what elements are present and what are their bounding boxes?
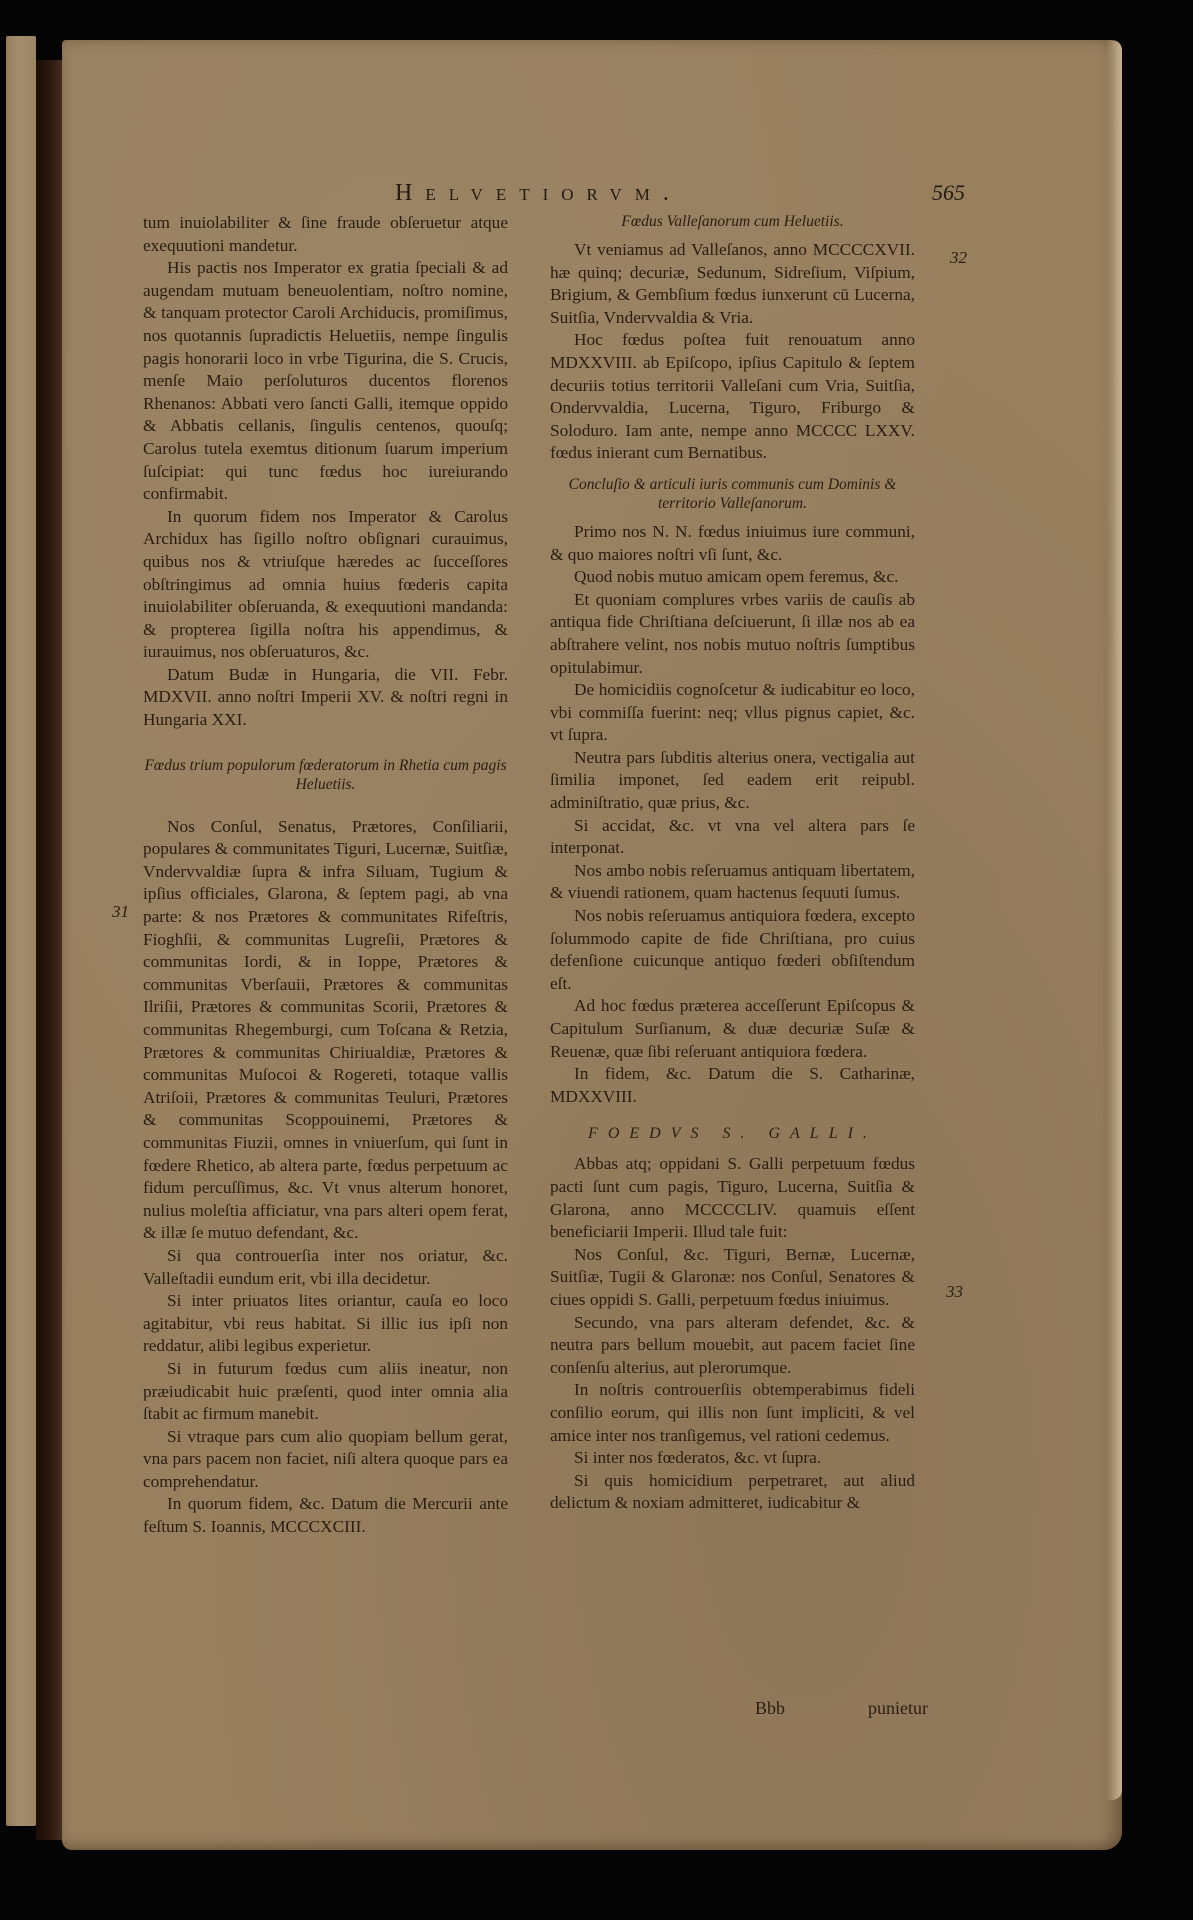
paragraph: Secundo, vna pars alteram defendet, &c. …	[550, 1312, 915, 1380]
paragraph: Quod nobis mutuo amicam opem feremus, &c…	[550, 566, 915, 589]
paragraph: Et quoniam complures vrbes variis de cau…	[550, 589, 915, 679]
catchword: punietur	[868, 1698, 928, 1719]
paragraph: His pactis nos Imperator ex gratia ſpeci…	[143, 257, 508, 506]
right-column: Fœdus Valleſanorum cum Heluetiis. Vt ven…	[550, 212, 915, 1515]
signature-mark: Bbb	[755, 1698, 785, 1719]
left-column: tum inuiolabiliter & ſine fraude obſerue…	[143, 212, 508, 1539]
paragraph: Hoc fœdus poſtea fuit renouatum anno MDX…	[550, 329, 915, 465]
paragraph: Primo nos N. N. fœdus iniuimus iure comm…	[550, 521, 915, 566]
paragraph: Nos Conſul, &c. Tiguri, Bernæ, Lucernæ, …	[550, 1244, 915, 1312]
paragraph: Nos nobis reſeruamus antiquiora fœdera, …	[550, 905, 915, 995]
paragraph: De homicidiis cognoſcetur & iudicabitur …	[550, 679, 915, 747]
running-head: Helvetiorvm.	[395, 180, 682, 207]
paragraph: Neutra pars ſubditis alterius onera, vec…	[550, 747, 915, 815]
paragraph: In quorum fidem nos Imperator & Carolus …	[143, 506, 508, 664]
paragraph: Si vtraque pars cum alio quopiam bellum …	[143, 1426, 508, 1494]
section-heading: Concluſio & articuli iuris communis cum …	[550, 475, 915, 513]
paragraph: Ad hoc fœdus præterea acceſſerunt Epiſco…	[550, 995, 915, 1063]
paragraph: In noſtris controuerſiis obtemperabimus …	[550, 1379, 915, 1447]
adjacent-page-edge	[6, 36, 36, 1826]
paragraph: Si inter priuatos lites oriantur, cauſa …	[143, 1290, 508, 1358]
margin-note-33: 33	[946, 1282, 963, 1302]
paragraph: Nos ambo nobis reſeruamus antiquam liber…	[550, 860, 915, 905]
paragraph: Si accidat, &c. vt vna vel altera pars ſ…	[550, 815, 915, 860]
paragraph: Abbas atq; oppidani S. Galli perpetuum f…	[550, 1153, 915, 1243]
paragraph: In fidem, &c. Datum die S. Catharinæ, MD…	[550, 1063, 915, 1108]
paragraph: Vt veniamus ad Valleſanos, anno MCCCCXVI…	[550, 239, 915, 329]
page-number: 565	[932, 180, 965, 206]
paragraph: Si quis homicidium perpetraret, aut aliu…	[550, 1470, 915, 1515]
margin-note-31: 31	[112, 902, 129, 922]
paragraph: Si qua controuerſia inter nos oriatur, &…	[143, 1245, 508, 1290]
book-gutter	[36, 60, 64, 1840]
paragraph: In quorum fidem, &c. Datum die Mercurii …	[143, 1493, 508, 1538]
paragraph: Datum Budæ in Hungaria, die VII. Febr. M…	[143, 664, 508, 732]
section-heading: Fœdus trium populorum fœderatorum in Rhe…	[143, 756, 508, 794]
paragraph: Nos Conſul, Senatus, Prætores, Conſiliar…	[143, 816, 508, 1245]
paragraph: Si inter nos fœderatos, &c. vt ſupra.	[550, 1447, 915, 1470]
page-fore-edge	[1106, 40, 1122, 1800]
paragraph: Si in futurum fœdus cum aliis ineatur, n…	[143, 1358, 508, 1426]
section-heading: Fœdus Valleſanorum cum Heluetiis.	[550, 212, 915, 231]
section-heading: FOEDVS S. GALLI.	[550, 1124, 915, 1143]
paragraph: tum inuiolabiliter & ſine fraude obſerue…	[143, 212, 508, 257]
margin-note-32: 32	[950, 248, 967, 268]
